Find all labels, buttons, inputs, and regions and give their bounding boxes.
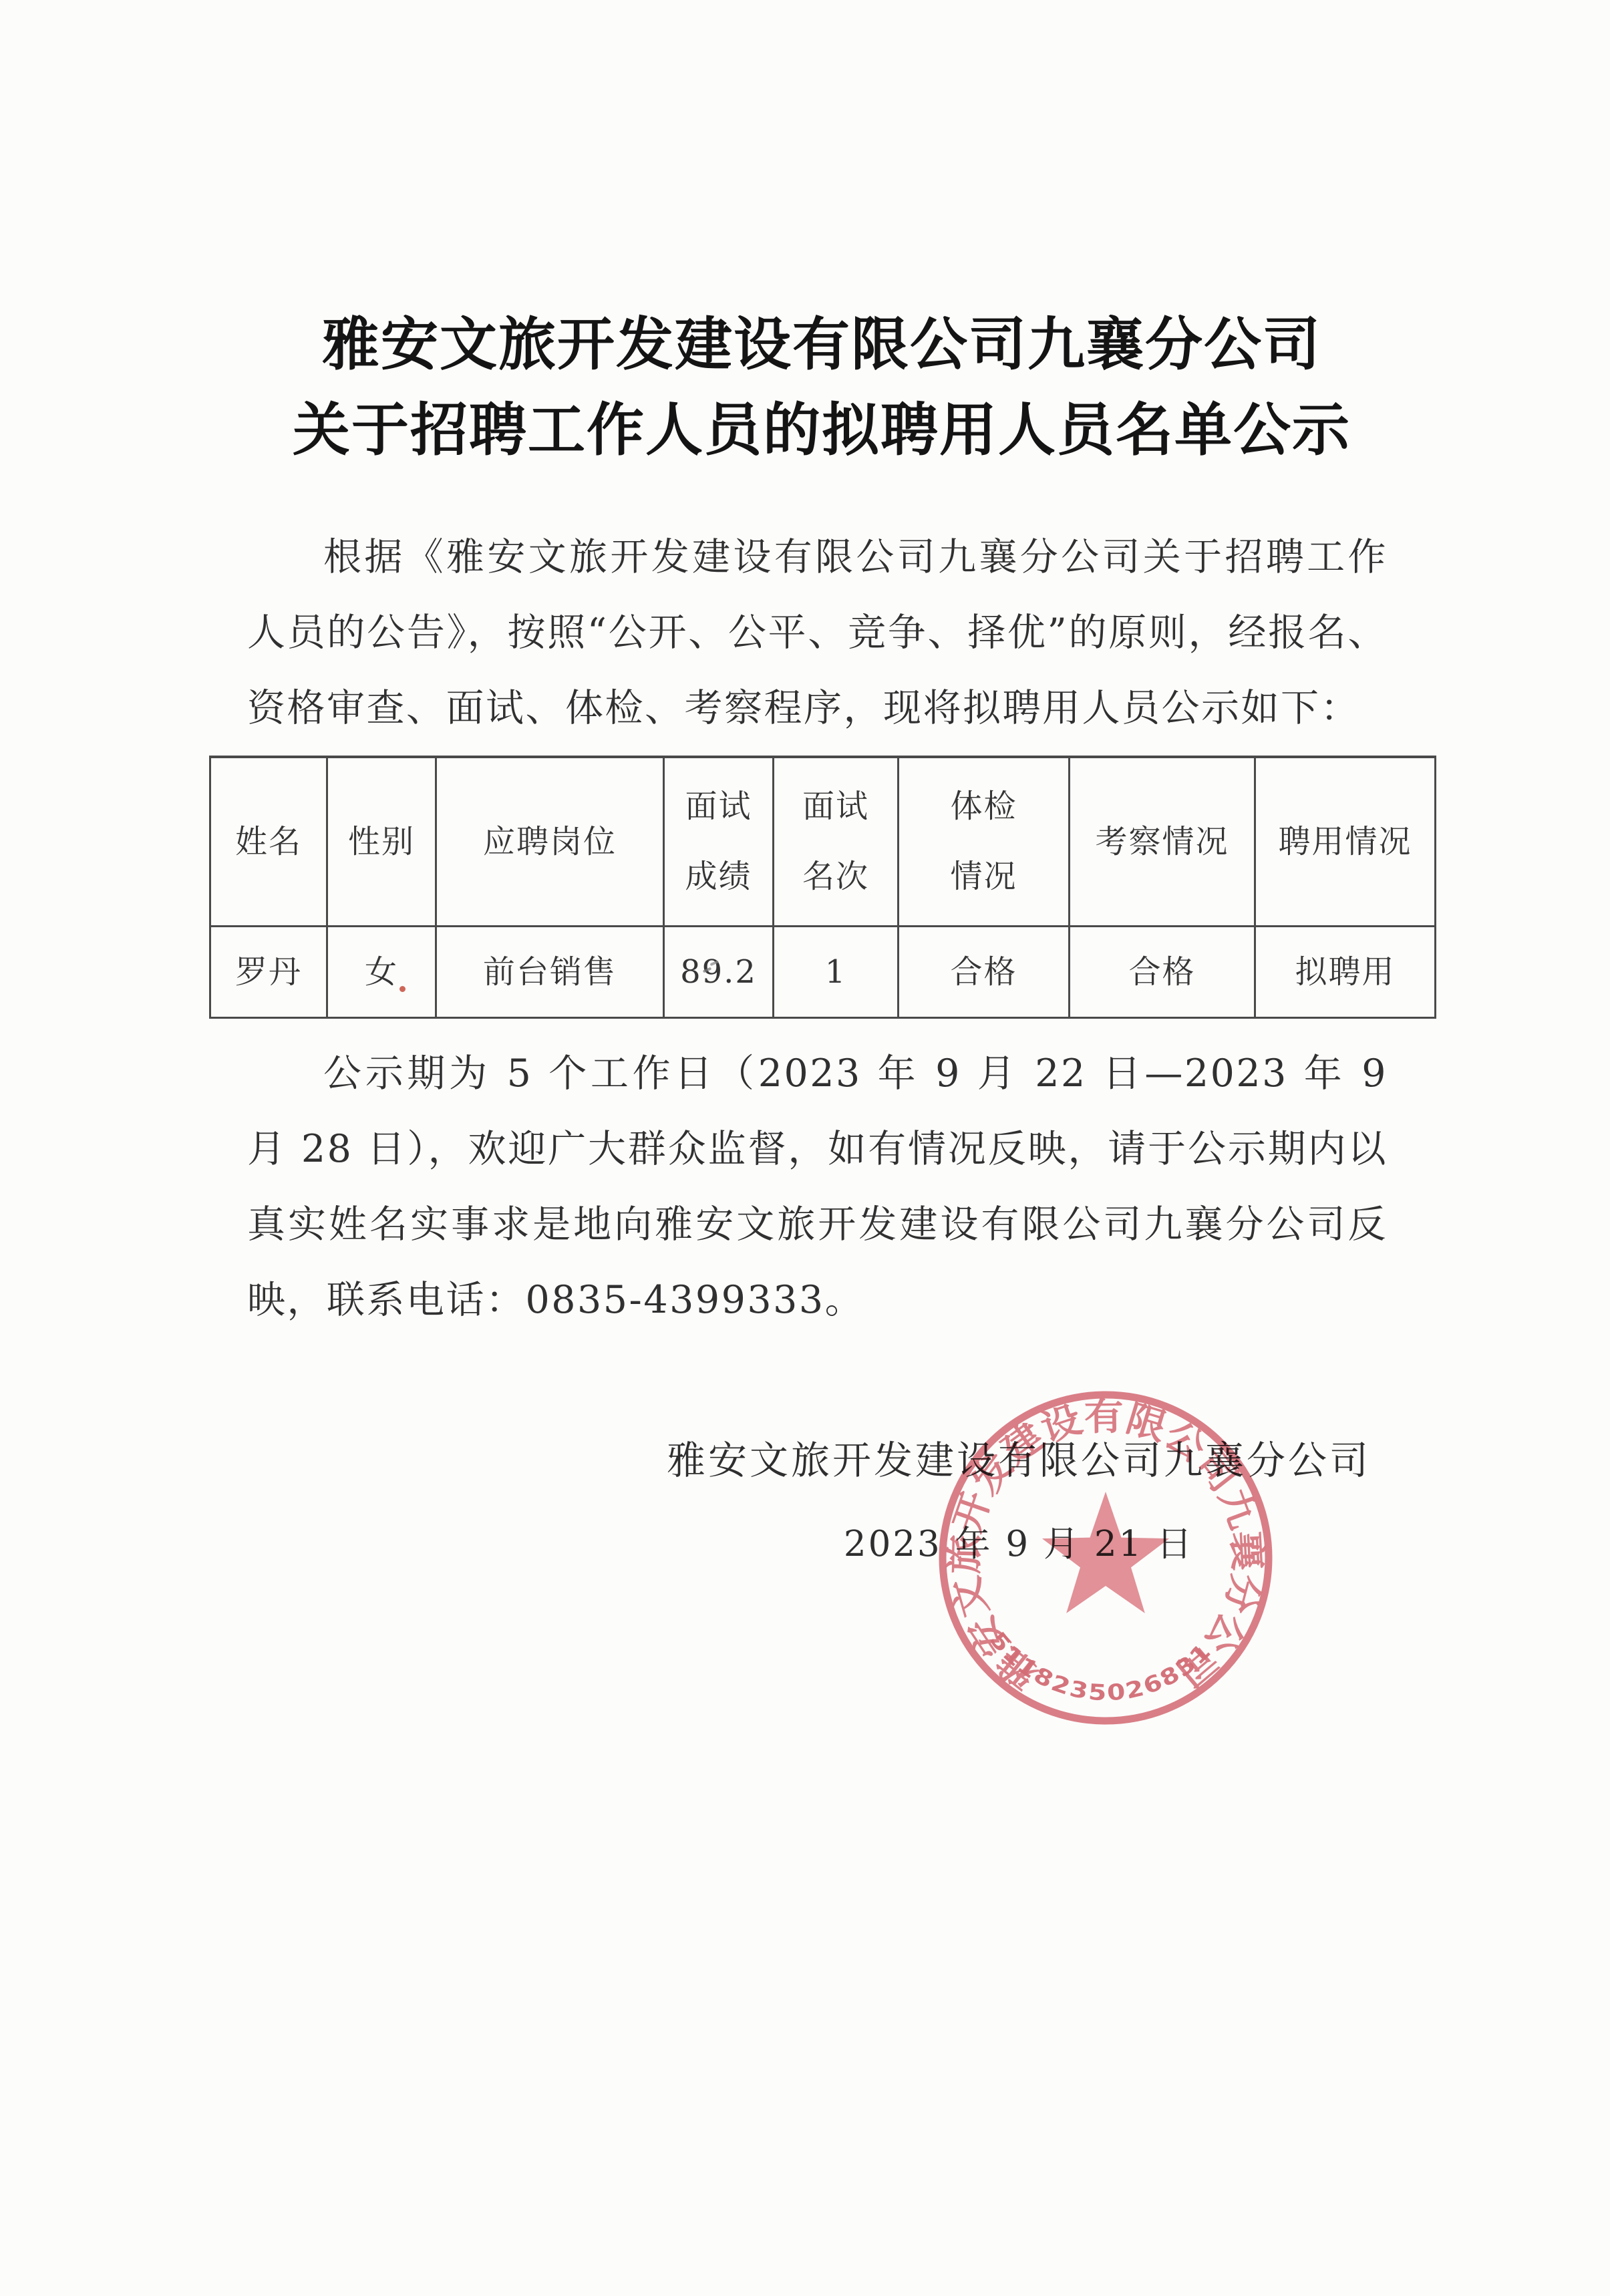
signature-company: 雅安文旅开发建设有限公司九襄分公司 [667,1437,1371,1484]
intro-paragraph: 根据《雅安文旅开发建设有限公司九襄分公司关于招聘工作人员的公告》，按照“公开、公… [247,520,1388,746]
cell-physical-exam: 合格 [899,927,1070,1018]
cell-employment: 拟聘用 [1255,927,1436,1018]
seal-number: 5118235026831 [985,1627,1217,1705]
col-header-interview-score: 面试 成绩 [664,757,774,927]
cell-position: 前台销售 [436,927,664,1018]
candidate-result-table: 姓名 性别 应聘岗位 面试 成绩 面试 名次 体检 情况 考察情况 聘用情况 罗… [209,756,1436,1019]
scan-artifact-red-dot [399,986,406,992]
cell-interview-score: 89.2 [664,927,774,1018]
table-header-row: 姓名 性别 应聘岗位 面试 成绩 面试 名次 体检 情况 考察情况 聘用情况 [210,757,1436,927]
signature-block: 雅安文旅开发建设有限公司九襄分公司 2023 年 9 月 21 日 [667,1437,1371,1565]
notice-period-paragraph: 公示期为 5 个工作日（2023 年 9 月 22 日—2023 年 9 月 2… [247,1036,1388,1338]
col-header-employment: 聘用情况 [1255,757,1436,927]
scanned-document-page: 雅安文旅开发建设有限公司九襄分公司 关于招聘工作人员的拟聘用人员名单公示 根据《… [0,0,1610,2296]
cell-name: 罗丹 [210,927,327,1018]
col-header-gender: 性别 [327,757,436,927]
table-row: 罗丹 女 前台销售 89.2 1 合格 合格 拟聘用 [210,927,1436,1018]
cell-inspection: 合格 [1070,927,1255,1018]
col-header-physical-exam: 体检 情况 [899,757,1070,927]
document-content: 雅安文旅开发建设有限公司九襄分公司 关于招聘工作人员的拟聘用人员名单公示 根据《… [209,302,1434,1565]
cell-interview-rank: 1 [774,927,899,1018]
signature-date: 2023 年 9 月 21 日 [667,1524,1371,1565]
col-header-position: 应聘岗位 [436,757,664,927]
document-title: 雅安文旅开发建设有限公司九襄分公司 关于招聘工作人员的拟聘用人员名单公示 [209,302,1434,473]
col-header-interview-rank: 面试 名次 [774,757,899,927]
col-header-name: 姓名 [210,757,327,927]
document-title-line1: 雅安文旅开发建设有限公司九襄分公司 [209,302,1434,387]
col-header-inspection: 考察情况 [1070,757,1255,927]
document-title-line2: 关于招聘工作人员的拟聘用人员名单公示 [209,387,1434,473]
cell-gender: 女 [327,927,436,1018]
